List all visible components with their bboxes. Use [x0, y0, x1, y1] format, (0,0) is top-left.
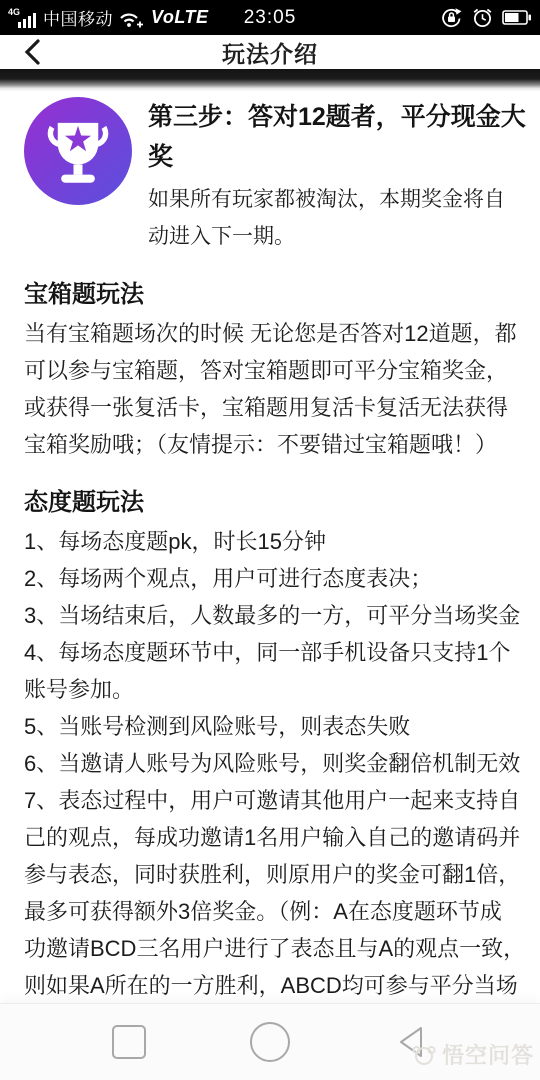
rule-item-6: 6、当邀请人账号为风险账号，则奖金翻倍机制无效	[24, 745, 516, 782]
attitude-section: 态度题玩法 1、每场态度题pk，时长15分钟 2、每场两个观点，用户可进行态度表…	[24, 487, 516, 1004]
treasure-section: 宝箱题玩法 当有宝箱题场次的时候 无论您是否答对12道题，都 可以参与宝箱题，答…	[24, 279, 516, 463]
page-title: 玩法介绍	[222, 36, 318, 69]
trophy-badge-icon	[24, 97, 132, 205]
signal-strength-icon: 4G	[8, 7, 38, 29]
status-bar-left: 4G 中国移动 VoLTE	[8, 5, 209, 30]
step-intro-row: 第三步：答对12题者，平分现金大 奖 如果所有玩家都被淘汰，本期奖金将自 动进入…	[24, 97, 516, 255]
rotation-lock-icon	[440, 6, 463, 29]
battery-icon	[502, 9, 532, 26]
alarm-clock-icon	[471, 6, 494, 29]
back-chevron-icon[interactable]	[20, 38, 48, 66]
rule-item-5: 5、当账号检测到风险账号，则表态失败	[24, 708, 516, 745]
phone-screen: 4G 中国移动 VoLTE 23:05	[0, 0, 540, 1080]
treasure-section-body: 当有宝箱题场次的时候 无论您是否答对12道题，都 可以参与宝箱题，答对宝箱题即可…	[24, 315, 516, 463]
attitude-section-heading: 态度题玩法	[24, 487, 516, 519]
rule-item-4: 4、每场态度题环节中，同一部手机设备只支持1个 账号参加。	[24, 634, 516, 708]
carrier-label: 中国移动	[43, 5, 113, 30]
wifi-plus-icon	[118, 7, 146, 29]
attitude-rules-list: 1、每场态度题pk，时长15分钟 2、每场两个观点，用户可进行态度表决； 3、当…	[24, 523, 516, 1004]
volte-label: VoLTE	[151, 7, 209, 28]
content-area: 第三步：答对12题者，平分现金大 奖 如果所有玩家都被淘汰，本期奖金将自 动进入…	[0, 91, 540, 1004]
recents-square-icon[interactable]	[110, 1023, 148, 1061]
rule-item-3: 3、当场结束后，人数最多的一方，可平分当场奖金	[24, 597, 516, 634]
rule-item-2: 2、每场两个观点，用户可进行态度表决；	[24, 560, 516, 597]
step-description: 如果所有玩家都被淘汰，本期奖金将自 动进入下一期。	[148, 181, 526, 255]
home-circle-icon[interactable]	[249, 1021, 291, 1063]
step-intro-texts: 第三步：答对12题者，平分现金大 奖 如果所有玩家都被淘汰，本期奖金将自 动进入…	[148, 97, 526, 255]
rule-item-7: 7、表态过程中，用户可邀请其他用户一起来支持自 己的观点，每成功邀请1名用户输入…	[24, 782, 516, 1004]
status-bar-right	[440, 6, 532, 29]
back-triangle-icon[interactable]	[392, 1023, 430, 1061]
treasure-section-heading: 宝箱题玩法	[24, 279, 516, 311]
svg-text:4G: 4G	[8, 7, 20, 17]
header-dark-band	[0, 69, 540, 91]
step-title: 第三步：答对12题者，平分现金大 奖	[148, 97, 526, 177]
status-bar: 4G 中国移动 VoLTE 23:05	[0, 0, 540, 35]
rule-item-1: 1、每场态度题pk，时长15分钟	[24, 523, 516, 560]
page-header: 玩法介绍	[0, 35, 540, 69]
android-nav-bar	[0, 1004, 540, 1080]
